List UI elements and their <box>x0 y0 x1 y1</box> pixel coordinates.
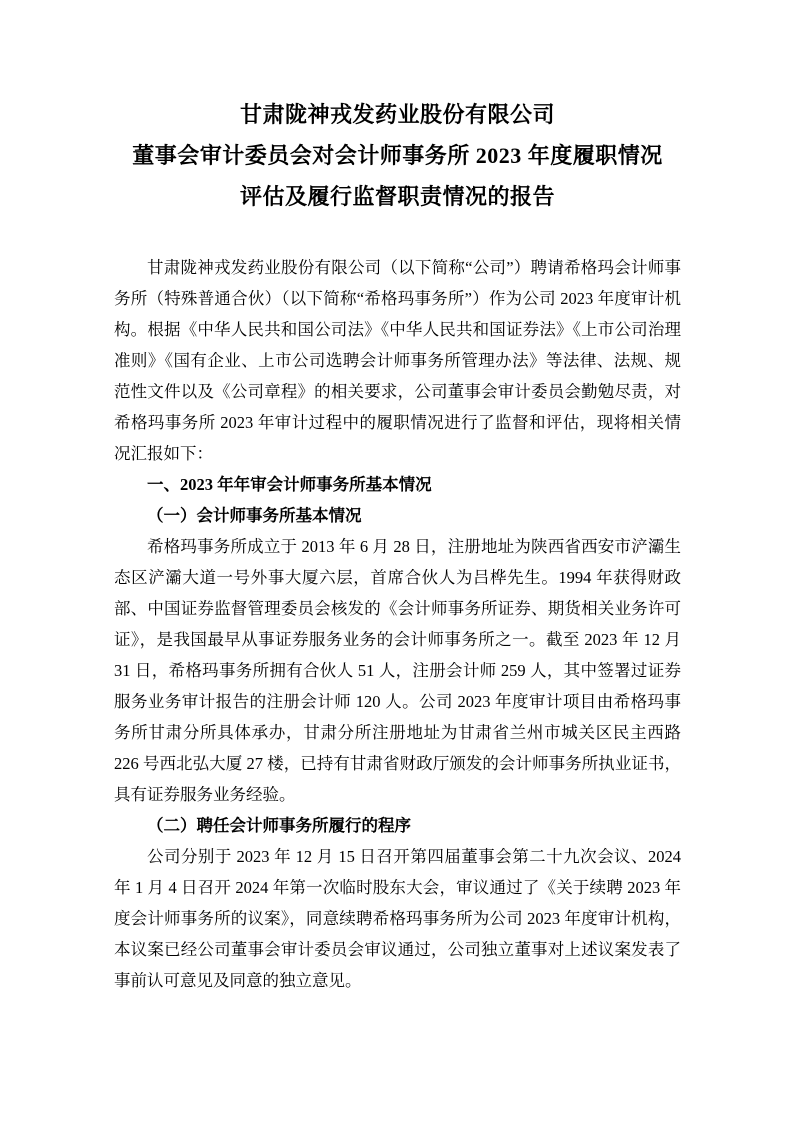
report-body: 甘肃陇神戎发药业股份有限公司（以下简称“公司”）聘请希格玛会计师事务所（特殊普通… <box>114 252 681 996</box>
firm-basic-info-paragraph: 希格玛事务所成立于 2013 年 6 月 28 日，注册地址为陕西省西安市浐灞生… <box>114 531 681 810</box>
section-1-heading: 一、2023 年年审会计师事务所基本情况 <box>114 469 681 500</box>
section-1-1-heading: （一）会计师事务所基本情况 <box>114 500 681 531</box>
section-1-2-heading: （二）聘任会计师事务所履行的程序 <box>114 810 681 841</box>
report-title-line-1: 甘肃陇神戎发药业股份有限公司 <box>114 94 681 135</box>
engagement-procedure-paragraph: 公司分别于 2023 年 12 月 15 日召开第四届董事会第二十九次会议、20… <box>114 841 681 996</box>
report-title: 甘肃陇神戎发药业股份有限公司 董事会审计委员会对会计师事务所 2023 年度履职… <box>114 94 681 217</box>
report-title-line-2: 董事会审计委员会对会计师事务所 2023 年度履职情况 <box>114 135 681 176</box>
document-page: 甘肃陇神戎发药业股份有限公司 董事会审计委员会对会计师事务所 2023 年度履职… <box>0 0 794 1122</box>
report-title-line-3: 评估及履行监督职责情况的报告 <box>114 176 681 217</box>
intro-paragraph: 甘肃陇神戎发药业股份有限公司（以下简称“公司”）聘请希格玛会计师事务所（特殊普通… <box>114 252 681 469</box>
